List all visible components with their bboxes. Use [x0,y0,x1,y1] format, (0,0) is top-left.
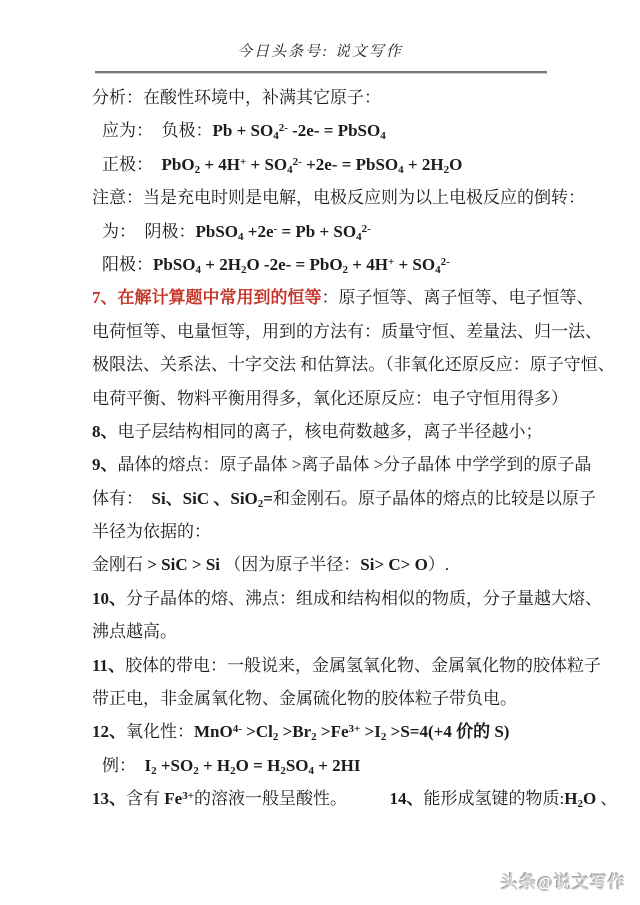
formula-text: MnO4- >Cl2 >Br2 >Fe3+ >I2 >S=4(+4 价的 S) [194,722,509,741]
formula-text: > SiC > Si [147,555,220,574]
document-line: 电荷平衡、物料平衡用得多，氧化还原反应：电子守恒用得多） [92,382,570,415]
body-text: 沸点越高。 [92,622,177,641]
document-line: 7、在解计算题中常用到的恒等：原子恒等、离子恒等、电子恒等、 [92,281,570,314]
formula-text: I2 +SO2 + H2O = H2SO4 + 2HI [145,756,361,775]
body-text: 和金刚石。原子晶体的熔点的比较是以原子 [273,489,596,508]
document-line: 金刚石 > SiC > Si （因为原子半径：Si> C> O）. [92,548,570,581]
formula-text: Fe3+ [164,789,194,808]
document-line: 8、电子层结构相同的离子，核电荷数越多，离子半径越小； [92,415,570,448]
document-line: 正极： PbO2 + 4H+ + SO42- +2e- = PbSO4 + 2H… [92,148,570,181]
document-line: 极限法、关系法、十字交法 和估算法。（非氧化还原反应：原子守恒、 [92,348,570,381]
highlighted-text: 7、在解计算题中常用到的恒等 [92,288,322,307]
formula-text: Pb + SO42- -2e- = PbSO4 [213,121,386,140]
formula-text: 13、 [92,789,126,808]
document-line: 10、分子晶体的熔、沸点：组成和结构相似的物质，分子量越大熔、 [92,582,570,615]
body-text: 胶体的带电：一般说来，金属氢氧化物、金属氧化物的胶体粒子 [125,656,601,675]
document-line: 为： 阴极：PbSO4 +2e- = Pb + SO42- [92,215,570,248]
body-text: 半径为依据的： [92,522,211,541]
body-text: ）. [428,555,449,574]
body-text: 体有： [92,489,152,508]
document-line: 9、晶体的熔点：原子晶体 >离子晶体 >分子晶体 中学学到的原子晶 [92,448,570,481]
body-text: 阳极： [102,255,153,274]
formula-text: 12、 [92,722,126,741]
formula-text: 10、 [92,589,126,608]
body-text: 应为： 负极： [102,121,213,140]
body-text: 金刚石 [92,555,147,574]
header-divider-rule [95,71,547,73]
body-text: 含有 [126,789,164,808]
document-line: 例： I2 +SO2 + H2O = H2SO4 + 2HI [92,749,570,782]
formula-text: 9、 [92,455,118,474]
document-line: 12、氧化性：MnO4- >Cl2 >Br2 >Fe3+ >I2 >S=4(+4… [92,715,570,748]
body-text: 正极： [102,155,162,174]
formula-text: 14、 [389,789,423,808]
formula-text: PbO2 + 4H+ + SO42- +2e- = PbSO4 + 2H2O [162,155,463,174]
body-text: 晶体的熔点：原子晶体 >离子晶体 >分子晶体 中学学到的原子晶 [118,455,592,474]
body-text: 带正电，非金属氧化物、金属硫化物的胶体粒子带负电。 [92,689,517,708]
body-text: 能形成氢键的物质: [423,789,564,808]
formula-text: H2O [564,789,596,808]
formula-text: 8、 [92,422,118,441]
document-body: 分析：在酸性环境中，补满其它原子：应为： 负极：Pb + SO42- -2e- … [92,81,570,816]
body-text: 分子晶体的熔、沸点：组成和结构相似的物质，分子量越大熔、 [126,589,602,608]
body-text: 的溶液一般呈酸性。 [194,789,390,808]
document-line: 体有： Si、SiC 、SiO2=和金刚石。原子晶体的熔点的比较是以原子 [92,482,570,515]
formula-text: Si> C> O [360,555,428,574]
document-line: 带正电，非金属氧化物、金属硫化物的胶体粒子带负电。 [92,682,570,715]
document-line: 电荷恒等、电量恒等，用到的方法有：质量守恒、差量法、归一法、 [92,315,570,348]
page: { "header": { "title": "今日头条号: 说文写作" }, … [0,0,640,905]
formula-text: Si、SiC 、SiO2= [152,489,273,508]
watermark: 头条@说文写作 [501,868,626,893]
document-line: 注意：当是充电时则是电解，电极反应则为以上电极反应的倒转： [92,181,570,214]
body-text: 电荷平衡、物料平衡用得多，氧化还原反应：电子守恒用得多） [92,389,568,408]
document-line: 半径为依据的： [92,515,570,548]
document-line: 分析：在酸性环境中，补满其它原子： [92,81,570,114]
body-text: 例： [102,756,145,775]
body-text: 为： 阴极： [102,222,196,241]
body-text: 注意：当是充电时则是电解，电极反应则为以上电极反应的倒转： [92,188,585,207]
formula-text: PbSO4 +2e- = Pb + SO42- [196,222,371,241]
formula-text: 11、 [92,656,125,675]
body-text: ：原子恒等、离子恒等、电子恒等、 [322,288,594,307]
body-text: 电子层结构相同的离子，核电荷数越多，离子半径越小； [118,422,543,441]
document-line: 13、含有 Fe3+的溶液一般呈酸性。 14、能形成氢键的物质:H2O 、 [92,782,570,815]
body-text: 电荷恒等、电量恒等，用到的方法有：质量守恒、差量法、归一法、 [92,322,602,341]
document-line: 沸点越高。 [92,615,570,648]
body-text: 、 [596,789,617,808]
body-text: 分析：在酸性环境中，补满其它原子： [92,88,381,107]
document-line: 阳极：PbSO4 + 2H2O -2e- = PbO2 + 4H+ + SO42… [92,248,570,281]
body-text: 极限法、关系法、十字交法 和估算法。（非氧化还原反应：原子守恒、 [92,355,615,374]
document-line: 11、胶体的带电：一般说来，金属氢氧化物、金属氧化物的胶体粒子 [92,649,570,682]
formula-text: PbSO4 + 2H2O -2e- = PbO2 + 4H+ + SO42- [153,255,450,274]
page-header-title: 今日头条号: 说文写作 [0,40,640,61]
document-line: 应为： 负极：Pb + SO42- -2e- = PbSO4 [92,114,570,147]
body-text: 氧化性： [126,722,194,741]
body-text: （因为原子半径： [220,555,360,574]
